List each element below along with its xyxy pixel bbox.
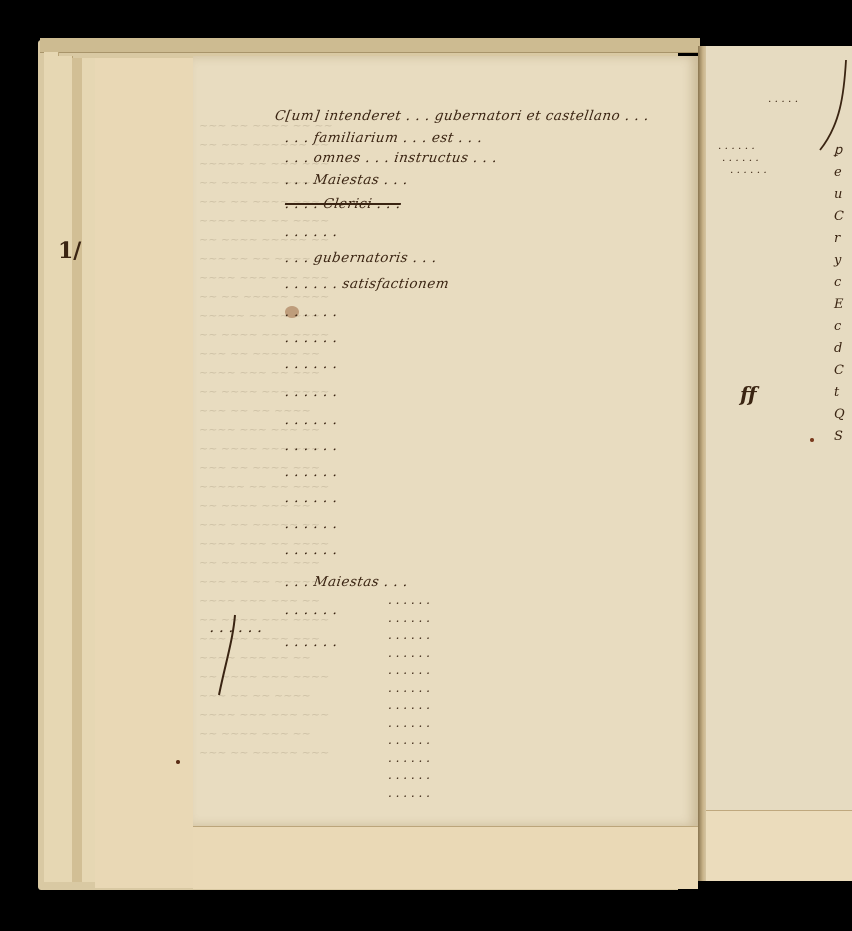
binding-strip bbox=[82, 58, 96, 882]
cut-off-glyph: ꝑ bbox=[834, 140, 845, 162]
signature-entry: . . . . . . bbox=[388, 732, 538, 750]
text-line: . . . . . . bbox=[284, 384, 339, 400]
left-page-fold bbox=[193, 826, 698, 889]
cover-top-edge bbox=[40, 38, 700, 53]
cut-off-glyph: S bbox=[834, 426, 845, 448]
signature-entry: . . . . . . bbox=[388, 785, 538, 803]
text-line: . . . Maiestas . . . bbox=[284, 574, 409, 590]
margin-note-line: . . . . . . bbox=[722, 152, 767, 164]
text-line: . . . . . . bbox=[284, 330, 339, 346]
text-line: . . . . . . bbox=[284, 602, 339, 618]
text-line: . . . . . . satisfactionem bbox=[284, 276, 450, 292]
text-line: . . . Maiestas . . . bbox=[284, 172, 409, 188]
signature-list: . . . . . . . . . . . . . . . . . . . . … bbox=[388, 592, 538, 802]
cut-off-glyph: u bbox=[834, 184, 845, 206]
margin-note-line: . . . . . . bbox=[730, 164, 767, 176]
cut-off-glyph: d bbox=[834, 338, 845, 360]
signature-entry: . . . . . . bbox=[388, 715, 538, 733]
cut-off-glyph: y bbox=[834, 250, 845, 272]
flyleaf bbox=[95, 58, 196, 888]
signature-entry: . . . . . . bbox=[388, 680, 538, 698]
cut-off-glyph: c bbox=[834, 316, 845, 338]
right-page-fold bbox=[706, 810, 852, 881]
signature-entry: . . . . . . bbox=[388, 767, 538, 785]
text-line: . . . gubernatoris . . . bbox=[284, 250, 438, 266]
signature-entry: . . . . . . bbox=[388, 645, 538, 663]
cut-off-glyph: Q bbox=[834, 404, 845, 426]
signature-entry: . . . . . . bbox=[388, 662, 538, 680]
signature-entry: . . . . . . bbox=[388, 697, 538, 715]
text-line: C[um] intenderet . . . gubernatori et ca… bbox=[274, 108, 650, 124]
signature-entry: . . . . . . bbox=[388, 750, 538, 768]
text-line: . . . familiarium . . . est . . . bbox=[284, 130, 484, 146]
cut-off-glyph: r bbox=[834, 228, 845, 250]
ink-dot bbox=[176, 760, 180, 764]
signature-entry: . . . . . . bbox=[388, 610, 538, 628]
cut-off-glyph: e bbox=[834, 162, 845, 184]
text-line: . . . . . . bbox=[284, 516, 339, 532]
flourish-stroke bbox=[205, 610, 245, 700]
text-line: . . . . . . bbox=[284, 490, 339, 506]
text-line: . . . . . . bbox=[284, 438, 339, 454]
right-top-note: . . . . . bbox=[768, 93, 798, 105]
cut-off-glyph: c bbox=[834, 272, 845, 294]
text-line: . . . omnes . . . instructus . . . bbox=[284, 150, 498, 166]
text-line: . . . . . . bbox=[284, 224, 339, 240]
text-line: . . . . . . bbox=[284, 356, 339, 372]
signature-entry: . . . . . . bbox=[388, 592, 538, 610]
text-line: . . . . . . bbox=[284, 542, 339, 558]
margin-note-line: . . . . . . bbox=[718, 140, 767, 152]
cut-off-glyph: C bbox=[834, 360, 845, 382]
right-mid-mark: ff bbox=[740, 382, 757, 406]
left-margin-mark: 1/ bbox=[58, 238, 81, 264]
right-margin-note: . . . . . . . . . . . . . . . . . . bbox=[718, 140, 767, 176]
text-line: . . . . . . bbox=[284, 634, 339, 650]
cut-off-glyph: C bbox=[834, 206, 845, 228]
text-line-struck: . . . . Clerici . . . bbox=[284, 196, 402, 212]
ink-dot bbox=[810, 438, 814, 442]
text-line: . . . . . . bbox=[284, 304, 339, 320]
binding-strip bbox=[58, 56, 73, 882]
right-edge-text: ꝑ e u C r y c E c d C t Q S bbox=[834, 140, 845, 448]
cut-off-glyph: E bbox=[834, 294, 845, 316]
signature-entry: . . . . . . bbox=[388, 627, 538, 645]
cut-off-glyph: t bbox=[834, 382, 845, 404]
binding-strip bbox=[44, 52, 59, 882]
text-line: . . . . . . bbox=[284, 412, 339, 428]
text-line: . . . . . . bbox=[284, 464, 339, 480]
